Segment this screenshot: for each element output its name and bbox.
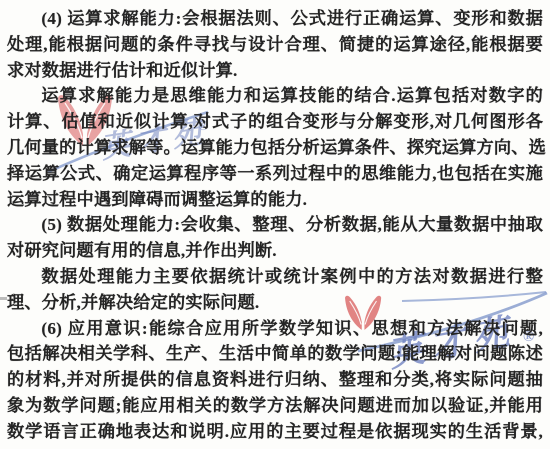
text-line: 计算、估值和近似计算,对式子的组合变形与分解变形,对几何图形各 [7,109,543,135]
document-page: 英才苑 ® 英才苑 ® (4) 运算求解能力:会根据法则、公式进行正确运算、变形… [0,0,550,449]
text-line: (5) 数据处理能力:会收集、整理、分析数据,能从大量数据中抽取 [7,212,543,238]
text-line: 数据处理能力主要依据统计或统计案例中的方法对数据进行整 [7,264,543,290]
body-text: (4) 运算求解能力:会根据法则、公式进行正确运算、变形和数据处理,能根据问题的… [7,6,543,445]
text-line: 求对数据进行估计和近似计算. [7,58,543,84]
text-line: 数学语言正确地表达和说明.应用的主要过程是依据现实的生活背景, [7,419,543,445]
text-line: 的材料,并对所提供的信息资料进行归纳、整理和分类,将实际问题抽 [7,367,543,393]
text-line: 处理,能根据问题的条件寻找与设计合理、简捷的运算途径,能根据要 [7,32,543,58]
text-line: 运算求解能力是思维能力和运算技能的结合.运算包括对数字的 [7,83,543,109]
text-line: 象为数学问题;能应用相关的数学方法解决问题进而加以验证,并能用 [7,393,543,419]
text-line: 择运算公式、确定运算程序等一系列过程中的思维能力,也包括在实施 [7,161,543,187]
text-line: (4) 运算求解能力:会根据法则、公式进行正确运算、变形和数据 [7,6,543,32]
text-line: 包括解决相关学科、生产、生活中简单的数学问题;能理解对问题陈述 [7,341,543,367]
text-line: 理、分析,并解决给定的实际问题. [7,290,543,316]
text-line: (6) 应用意识:能综合应用所学数学知识、思想和方法解决问题, [7,316,543,342]
text-line: 运算过程中遇到障碍而调整运算的能力. [7,187,543,213]
text-line: 几何量的计算求解等。运算能力包括分析运算条件、探究运算方向、选 [7,135,543,161]
scan-artifact [0,297,7,300]
text-line: 对研究问题有用的信息,并作出判断. [7,238,543,264]
